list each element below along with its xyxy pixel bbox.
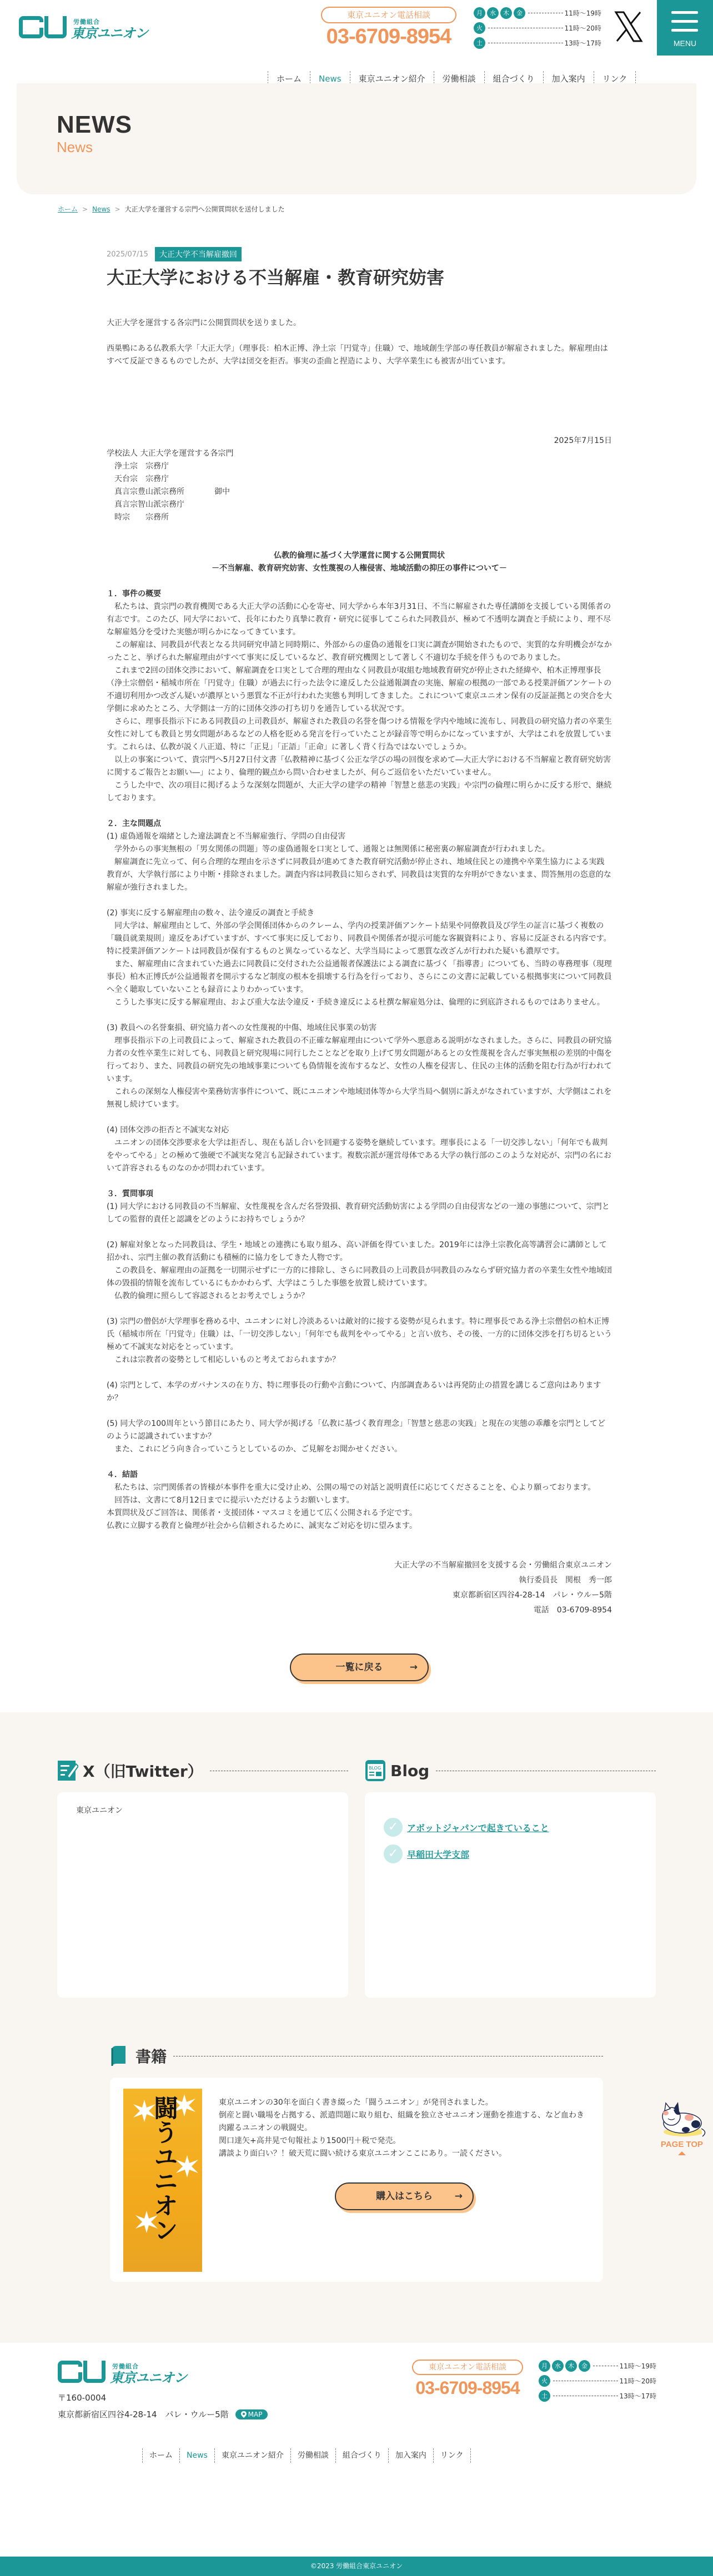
- question: (5) 同大学の100周年という節目にあたり、同大学が掲げる「仏教に基づく教育理…: [107, 1418, 612, 1443]
- article-date: 2025/07/15: [107, 250, 148, 259]
- check-icon: ✓: [384, 1844, 403, 1863]
- site-logo[interactable]: 労働組合 東京ユニオン: [19, 14, 152, 41]
- breadcrumb-current: 大正大学を運営する宗門へ公開質問状を送付しました: [125, 204, 285, 214]
- news-article: 2025/07/15 大正大学不当解雇撤回 大正大学における不当解雇・教育研究妨…: [101, 247, 612, 1681]
- dotted-leader: [488, 28, 563, 28]
- svg-text:BLOG: BLOG: [369, 1766, 381, 1771]
- day-badge: 火: [539, 2375, 550, 2387]
- blog-link[interactable]: 早稲田大学支部: [407, 1848, 469, 1861]
- paragraph: 回答は、文書にて8月12日までに提示いただけるようお願いします。: [107, 1494, 612, 1507]
- hours-row: 火 11時～20時: [474, 21, 601, 35]
- day-badge: 木: [500, 7, 512, 19]
- arrow-up-icon: [678, 2151, 686, 2155]
- recipient-row: 真言宗豊山派宗務所御中: [114, 486, 612, 498]
- recipient-row: 時宗宗務所: [114, 511, 612, 524]
- lead-paragraph: 西巣鴨にある仏教系大学「大正大学」（理事長：柏木正博、浄土宗「円覚寺」住職）で、…: [107, 342, 612, 368]
- question: (4) 宗門として、本学のガバナンスの在り方、特に理事長の行動や言動について、内…: [107, 1379, 612, 1405]
- paragraph: 以上の事案について、貴宗門へ5月27日付文書「仏教精神に基づく公正な学びの場の回…: [107, 754, 612, 779]
- day-badge: 月: [539, 2360, 550, 2372]
- page-top-label: PAGE TOP: [655, 2140, 709, 2149]
- logo-subtitle: 労働組合: [73, 17, 148, 26]
- book-description: 講談より面白い？！破天荒に闘い続ける東京ユニオンここにあり。一読ください。: [219, 2147, 590, 2160]
- paragraph: これまで2回の団体交渉において、解雇調査を口実として合理的理由なく同教員が取組む…: [107, 664, 612, 715]
- paragraph: この教員を、解雇理由の証拠を一切開示せずに一方的に排除し、さらに同教員の上司教員…: [107, 1264, 612, 1290]
- signature-phone: 電話 03-6709-8954: [107, 1603, 612, 1618]
- signature-org: 大正大学の不当解雇撤回を支援する会・労働組合東京ユニオン: [107, 1558, 612, 1573]
- page-hero: NEWS News: [17, 83, 696, 194]
- phone-number[interactable]: 03-6709-8954: [327, 25, 451, 48]
- hours-time: 11時～20時: [619, 2376, 656, 2386]
- social-section: X（旧Twitter） 東京ユニオン BLOG Blog ✓ アボットジャパンで…: [0, 1712, 713, 2343]
- blog-item: ✓ アボットジャパンで起きていること: [384, 1814, 637, 1840]
- site-header: 労働組合 東京ユニオン 東京ユニオン電話相談 03-6709-8954 月 水 …: [0, 0, 713, 89]
- x-twitter-link[interactable]: [614, 10, 644, 43]
- twitter-feed-title: 東京ユニオン: [76, 1804, 329, 1816]
- hours-time: 11時～19時: [619, 2361, 656, 2371]
- paragraph: 解雇調査に先立って、何ら合理的な理由を示さずに同教員が進めてきた教育研究活動が停…: [107, 856, 612, 894]
- page-top-button[interactable]: PAGE TOP: [655, 2095, 709, 2155]
- document-title: 仏教的倫理に基づく大学運営に関する公開質問状: [107, 550, 612, 562]
- hours-time: 13時～17時: [619, 2391, 656, 2401]
- section-heading: ３．質問事項: [107, 1188, 612, 1201]
- x-logo-icon: [614, 10, 644, 43]
- hours-time: 13時～17時: [564, 38, 601, 48]
- paragraph: また、これにどう向き合っていこうとしているのか、ご見解をお聞かせください。: [107, 1443, 612, 1456]
- signature-address: 東京都新宿区四谷4-28-14 パレ・ウルー5階: [107, 1588, 612, 1603]
- footer-nav-consultation[interactable]: 労働相談: [290, 2448, 335, 2463]
- gu-logo-mark: [58, 2358, 109, 2385]
- signature-chair: 執行委員長 関根 秀一郎: [107, 1573, 612, 1588]
- twitter-heading: X（旧Twitter）: [83, 1760, 203, 1782]
- hours-row: 土 13時～17時: [474, 36, 601, 50]
- map-pin-icon: [241, 2411, 247, 2418]
- dotted-leader: [488, 43, 563, 43]
- footer-logo[interactable]: 労働組合 東京ユニオン: [58, 2358, 191, 2385]
- footer-nav-home[interactable]: ホーム: [142, 2448, 179, 2463]
- paragraph: こうした事実に反する解雇理由、および重大な法令違反・手続き違反による杜撰な解雇処…: [107, 996, 612, 1009]
- paragraph: 仏教に立脚する教育と倫理が社会から信頼されるために、誠実なご対応を切に望みます。: [107, 1520, 612, 1533]
- back-to-list-button[interactable]: 一覧に戻る →: [290, 1654, 429, 1681]
- book-description: 倒産と闘い職場を占拠する、派遣問題に取り組む、組織を独立させユニオン運動を推進す…: [219, 2109, 590, 2135]
- day-badge: 金: [514, 7, 525, 19]
- book-card: 闘うユニオン 東京ユニオンの30年を面白く書き綴った「闘うユニオン」が発刊されま…: [110, 2078, 603, 2282]
- paragraph: 理事長指示下の上司教員によって、解雇された教員の不正確な解雇理由について学外へ悪…: [107, 1035, 612, 1086]
- site-footer: 労働組合 東京ユニオン 〒160-0004 東京都新宿区四谷4-28-14 パレ…: [0, 2343, 713, 2576]
- phone-number[interactable]: 03-6709-8954: [415, 2378, 519, 2398]
- book-cover-image[interactable]: 闘うユニオン: [123, 2089, 202, 2272]
- letter-date: 2025年7月15日: [107, 435, 612, 447]
- hours-time: 11時～20時: [564, 23, 601, 33]
- note-edit-icon: [57, 1760, 78, 1782]
- paragraph: また、解雇理由に含まれていた過去に同教員に交付された公益通報者保護法による調査に…: [107, 958, 612, 996]
- books-section: 書籍 闘うユニオン 東京ユニオンの30年を面白く書き綴った「闘うユニオン」が発刊…: [110, 2042, 603, 2282]
- paragraph: 学外からの事実無根の「男女関係の問題」等の虚偽通報を口実として、通報とは無関係に…: [107, 843, 612, 856]
- footer-phone: 東京ユニオン電話相談 03-6709-8954: [412, 2360, 523, 2401]
- subsection-title: (2) 事実に反する解雇理由の数々、法令違反の調査と手続き: [107, 907, 612, 920]
- page-subtitle: News: [57, 139, 93, 156]
- book-cover-title: 闘うユニオン: [150, 2095, 177, 2242]
- footer-nav: ホーム News 東京ユニオン紹介 労働相談 組合づくり 加入案内 リンク: [142, 2448, 471, 2463]
- subsection-title: (4) 団体交渉の拒否と不誠実な対応: [107, 1124, 612, 1137]
- recipient-list: 浄土宗宗務庁 天台宗宗務庁 真言宗豊山派宗務所御中 真言宗智山派宗務庁 時宗宗務…: [114, 460, 612, 524]
- hours-time: 11時～19時: [564, 8, 601, 18]
- breadcrumb-separator: >: [115, 205, 120, 213]
- section-heading: １．事件の概要: [107, 588, 612, 601]
- footer-nav-links[interactable]: リンク: [433, 2448, 471, 2463]
- recipient-row: 浄土宗宗務庁: [114, 460, 612, 473]
- books-heading: 書籍: [135, 2045, 167, 2067]
- footer-address-row: 東京都新宿区四谷4-28-14 パレ・ウルー5階 MAP: [58, 2408, 268, 2420]
- day-badge: 土: [539, 2390, 550, 2402]
- recipient-row: 天台宗宗務庁: [114, 473, 612, 486]
- lead-paragraph: 大正大学を運営する各宗門に公開質問状を送りました。: [107, 317, 612, 330]
- buy-button-label: 購入はこちら: [376, 2191, 433, 2202]
- copyright: ©2023 労働組合東京ユニオン: [0, 2557, 713, 2576]
- question: (2) 解雇対象となった同教員は、学生・地域との連携にも取り組み、高い評価を得て…: [107, 1239, 612, 1264]
- footer-nav-about[interactable]: 東京ユニオン紹介: [214, 2448, 290, 2463]
- day-badge: 金: [579, 2360, 590, 2372]
- menu-label: MENU: [657, 39, 713, 48]
- paragraph: この解雇は、同教員が代表となる共同研究申請と同時期に、外部からの虚偽の通報を口実…: [107, 639, 612, 664]
- day-badge: 月: [474, 7, 485, 19]
- article-meta: 2025/07/15 大正大学不当解雇撤回: [107, 247, 612, 261]
- arrow-right-icon: →: [455, 2184, 463, 2209]
- section-heading: ４．結語: [107, 1469, 612, 1481]
- day-badge: 水: [487, 7, 499, 19]
- article-title: 大正大学における不当解雇・教育研究妨害: [107, 264, 612, 289]
- paragraph: 同大学は、解雇理由として、外部の学会関係団体からのクレーム、学内の授業評価アンケ…: [107, 920, 612, 958]
- category-tag[interactable]: 大正大学不当解雇撤回: [155, 247, 242, 261]
- twitter-feed[interactable]: 東京ユニオン: [57, 1792, 348, 1998]
- day-badge: 水: [552, 2360, 564, 2372]
- day-badge: 木: [565, 2360, 577, 2372]
- book-description: 東京ユニオンの30年を面白く書き綴った「闘うユニオン」が発刊されました。: [219, 2096, 590, 2109]
- footer-zip: 〒160-0004: [58, 2392, 106, 2403]
- paragraph: さらに、理事長指示下にある同教員の上司教員が、解雇された教員の名誉を傷つける情報…: [107, 715, 612, 754]
- phone-label: 東京ユニオン電話相談: [412, 2360, 523, 2375]
- document-subtitle: －不当解雇、教育研究妨害、女性蔑視の人権侵害、地域活動の抑圧の事件について－: [107, 562, 612, 575]
- check-icon: ✓: [384, 1818, 403, 1837]
- hours-row: 月 水 木 金 11時～19時: [474, 6, 601, 20]
- signature-block: 大正大学の不当解雇撤回を支援する会・労働組合東京ユニオン 執行委員長 関根 秀一…: [107, 1558, 612, 1618]
- footer-nav-join[interactable]: 加入案内: [388, 2448, 433, 2463]
- gu-logo-mark: [19, 14, 70, 41]
- breadcrumb-separator: >: [82, 205, 88, 213]
- footer-nav-organizing[interactable]: 組合づくり: [335, 2448, 388, 2463]
- book-icon: [110, 2045, 131, 2067]
- section-heading: ２．主な問題点: [107, 818, 612, 830]
- blog-column: BLOG Blog ✓ アボットジャパンで起きていること ✓ 早稲田大学支部: [365, 1757, 656, 1998]
- recipient-row: 真言宗智山派宗務庁: [114, 498, 612, 511]
- buy-book-button[interactable]: 購入はこちら →: [335, 2182, 474, 2210]
- breadcrumb: ホーム > News > 大正大学を運営する宗門へ公開質問状を送付しました: [58, 204, 713, 214]
- menu-button[interactable]: MENU: [657, 0, 713, 56]
- arrow-right-icon: →: [410, 1655, 418, 1680]
- footer-address: 東京都新宿区四谷4-28-14 パレ・ウルー5階: [58, 2408, 229, 2420]
- day-badge: 火: [474, 22, 485, 34]
- paragraph: これは宗教者の姿勢として相応しいものと考えておられますか？: [107, 1354, 612, 1367]
- blog-item: ✓ 早稲田大学支部: [384, 1841, 637, 1867]
- twitter-column: X（旧Twitter） 東京ユニオン: [57, 1757, 348, 1998]
- paragraph: こうした中で、次の項目に掲げるような深刻な問題が、大正大学の建学の精神「智慧と慈…: [107, 779, 612, 805]
- paragraph: 仏教的倫理に照らして容認されるとお考えでしょうか？: [107, 1290, 612, 1303]
- business-hours: 月 水 木 金 11時～19時 火 11時～20時 土 13時～17時: [474, 6, 601, 51]
- blog-heading: Blog: [390, 1762, 429, 1780]
- map-button[interactable]: MAP: [235, 2409, 268, 2419]
- phone-consultation: 東京ユニオン電話相談 03-6709-8954: [321, 7, 456, 50]
- back-button-label: 一覧に戻る: [336, 1662, 383, 1673]
- paragraph: ユニオンの団体交渉要求を大学は拒否し、現在も話し合いを回避する姿勢を継続していま…: [107, 1137, 612, 1175]
- blog-icon: BLOG: [365, 1760, 386, 1782]
- question: (1) 同大学における同教員の不当解雇、女性蔑視を含んだ名誉毀損、教育研究活動妨…: [107, 1201, 612, 1226]
- logo-subtitle: 労働組合: [112, 2362, 187, 2371]
- phone-label: 東京ユニオン電話相談: [321, 7, 456, 23]
- footer-business-hours: 月 水 木 金 11時～19時 火 11時～20時 土 13時～17時: [539, 2358, 656, 2403]
- page-title: NEWS: [57, 111, 132, 139]
- cat-mascot-icon: [657, 2095, 707, 2140]
- subsection-title: (1) 虚偽通報を端緒とした違法調査と不当解雇強行、学問の自由侵害: [107, 830, 612, 843]
- day-badge: 土: [474, 37, 485, 49]
- paragraph: 本質問状及びご回答は、関係者・支援団体・マスコミを通じて広く公開される予定です。: [107, 1507, 612, 1520]
- breadcrumb-news[interactable]: News: [92, 205, 110, 213]
- subsection-title: (3) 教員への名誉棄損、研究協力者への女性蔑視的中傷、地域住民事業の妨害: [107, 1022, 612, 1035]
- logo-title: 東京ユニオン: [110, 2371, 187, 2385]
- question: (3) 宗門の僧侶が大学理事を務める中、ユニオンに対し冷淡あるいは敵対的に接する…: [107, 1315, 612, 1354]
- blog-list: ✓ アボットジャパンで起きていること ✓ 早稲田大学支部: [365, 1792, 656, 1998]
- paragraph: 私たちは、貴宗門の教育機関である大正大学の活動に心を寄せ、同大学から本年3月31…: [107, 601, 612, 639]
- paragraph: 私たちは、宗門関係者の皆様が本事件を重大に受け止め、公開の場での対話と説明責任に…: [107, 1481, 612, 1494]
- addressee: 学校法人 大正大学を運営する各宗門: [107, 447, 612, 460]
- paragraph: これらの深刻な人権侵害や業務妨害事件について、既にユニオンや地域団体等から大学当…: [107, 1086, 612, 1111]
- article-body: 大正大学を運営する各宗門に公開質問状を送りました。 西巣鴨にある仏教系大学「大正…: [107, 317, 612, 1618]
- blog-link[interactable]: アボットジャパンで起きていること: [407, 1821, 549, 1834]
- map-label: MAP: [248, 2411, 263, 2418]
- dotted-leader: [528, 13, 563, 13]
- breadcrumb-home[interactable]: ホーム: [58, 204, 78, 214]
- footer-nav-news[interactable]: News: [179, 2448, 214, 2463]
- logo-title: 東京ユニオン: [71, 26, 148, 41]
- book-description: 関口達矢+高井晃で旬報社より1500円＋税で発売。: [219, 2135, 590, 2147]
